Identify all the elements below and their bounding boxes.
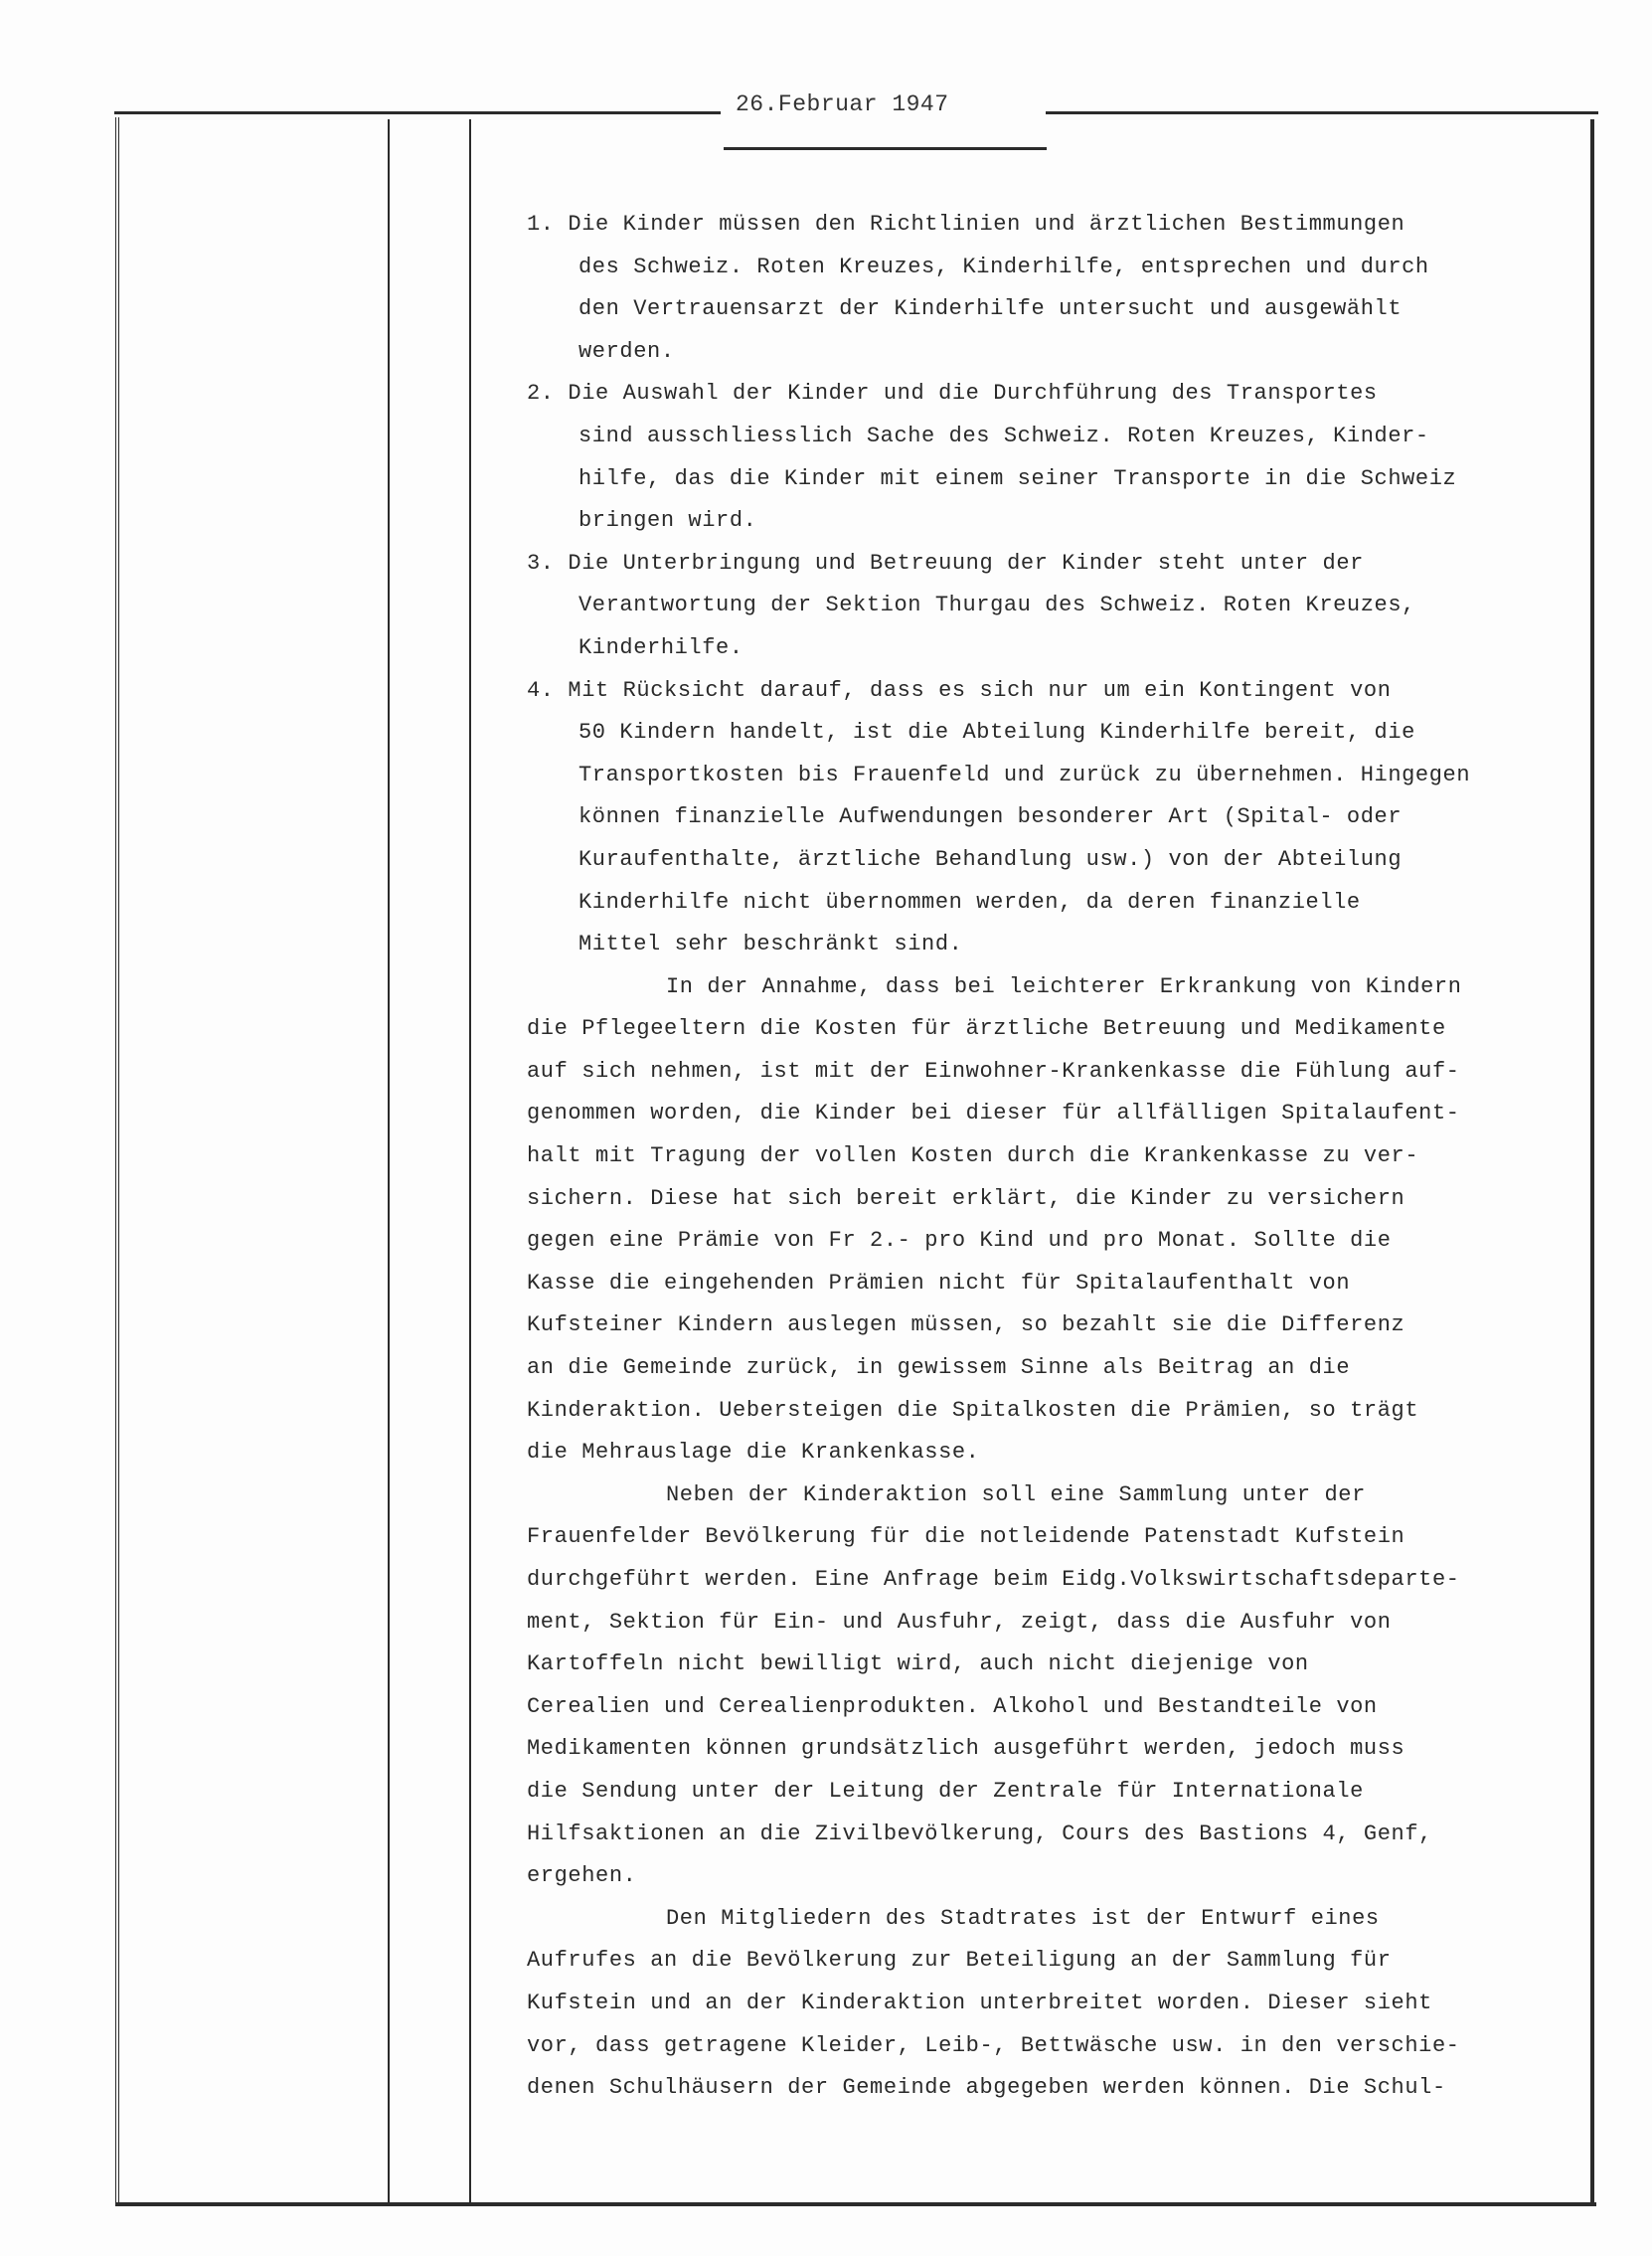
- text-line: 50 Kindern handelt, ist die Abteilung Ki…: [527, 712, 1600, 755]
- text-line: Verantwortung der Sektion Thurgau des Sc…: [527, 585, 1600, 627]
- text-line: Medikamenten können grundsätzlich ausgef…: [527, 1728, 1600, 1771]
- text-line: genommen worden, die Kinder bei dieser f…: [527, 1093, 1600, 1135]
- text-line: gegen eine Prämie von Fr 2.- pro Kind un…: [527, 1220, 1600, 1263]
- document-body: 1. Die Kinder müssen den Richtlinien und…: [527, 204, 1600, 2110]
- text-line: Transportkosten bis Frauenfeld und zurüc…: [527, 755, 1600, 797]
- top-rule-left: [114, 111, 721, 114]
- date-underline: [724, 147, 1047, 150]
- text-line: Neben der Kinderaktion soll eine Sammlun…: [527, 1475, 1600, 1517]
- text-line: Kuraufenthalte, ärztliche Behandlung usw…: [527, 839, 1600, 882]
- text-line: bringen wird.: [527, 500, 1600, 543]
- text-line: die Pflegeeltern die Kosten für ärztlich…: [527, 1008, 1600, 1051]
- numbered-item-3: 3. Die Unterbringung und Betreuung der K…: [527, 543, 1600, 670]
- paragraph-appeal: Den Mitgliedern des Stadtrates ist der E…: [527, 1898, 1600, 2110]
- document-date: 26.Februar 1947: [736, 91, 949, 117]
- numbered-item-2: 2. Die Auswahl der Kinder und die Durchf…: [527, 373, 1600, 542]
- text-line: die Sendung unter der Leitung der Zentra…: [527, 1771, 1600, 1814]
- column-divider-1: [388, 119, 390, 2203]
- text-line: Kufstein und an der Kinderaktion unterbr…: [527, 1983, 1600, 2025]
- text-line: denen Schulhäusern der Gemeinde abgegebe…: [527, 2067, 1600, 2110]
- text-line: des Schweiz. Roten Kreuzes, Kinderhilfe,…: [527, 247, 1600, 289]
- text-line: In der Annahme, dass bei leichterer Erkr…: [527, 966, 1600, 1009]
- text-line: werden.: [527, 331, 1600, 374]
- paragraph-collection: Neben der Kinderaktion soll eine Sammlun…: [527, 1475, 1600, 1898]
- text-line: Aufrufes an die Bevölkerung zur Beteilig…: [527, 1940, 1600, 1983]
- text-line: die Mehrauslage die Krankenkasse.: [527, 1432, 1600, 1475]
- text-line: Cerealien und Cerealienprodukten. Alkoho…: [527, 1686, 1600, 1729]
- top-rule-right: [1046, 111, 1598, 114]
- text-line: sind ausschliesslich Sache des Schweiz. …: [527, 416, 1600, 458]
- paragraph-insurance: In der Annahme, dass bei leichterer Erkr…: [527, 966, 1600, 1475]
- text-line: Hilfsaktionen an die Zivilbevölkerung, C…: [527, 1814, 1600, 1856]
- text-line: ergehen.: [527, 1855, 1600, 1898]
- text-line: halt mit Tragung der vollen Kosten durch…: [527, 1135, 1600, 1178]
- text-line: Kinderhilfe nicht übernommen werden, da …: [527, 882, 1600, 925]
- text-line: durchgeführt werden. Eine Anfrage beim E…: [527, 1559, 1600, 1602]
- text-line: Mittel sehr beschränkt sind.: [527, 924, 1600, 966]
- text-line: auf sich nehmen, ist mit der Einwohner-K…: [527, 1051, 1600, 1094]
- text-line: an die Gemeinde zurück, in gewissem Sinn…: [527, 1347, 1600, 1390]
- text-line: Kartoffeln nicht bewilligt wird, auch ni…: [527, 1644, 1600, 1686]
- bottom-rule: [115, 2202, 1596, 2206]
- text-line: können finanzielle Aufwendungen besonder…: [527, 796, 1600, 839]
- text-line: Kinderhilfe.: [527, 627, 1600, 670]
- text-line: den Vertrauensarzt der Kinderhilfe unter…: [527, 288, 1600, 331]
- text-line: 1. Die Kinder müssen den Richtlinien und…: [527, 204, 1600, 247]
- text-line: 3. Die Unterbringung und Betreuung der K…: [527, 543, 1600, 586]
- numbered-item-4: 4. Mit Rücksicht darauf, dass es sich nu…: [527, 670, 1600, 966]
- text-line: 4. Mit Rücksicht darauf, dass es sich nu…: [527, 670, 1600, 713]
- text-line: ment, Sektion für Ein- und Ausfuhr, zeig…: [527, 1602, 1600, 1645]
- text-line: sichern. Diese hat sich bereit erklärt, …: [527, 1178, 1600, 1221]
- text-line: Den Mitgliedern des Stadtrates ist der E…: [527, 1898, 1600, 1941]
- text-line: 2. Die Auswahl der Kinder und die Durchf…: [527, 373, 1600, 416]
- frame-left-border: [115, 117, 119, 2203]
- text-line: Kinderaktion. Uebersteigen die Spitalkos…: [527, 1390, 1600, 1433]
- text-line: Frauenfelder Bevölkerung für die notleid…: [527, 1516, 1600, 1559]
- column-divider-2: [469, 119, 471, 2203]
- text-line: Kufsteiner Kindern auslegen müssen, so b…: [527, 1304, 1600, 1347]
- text-line: Kasse die eingehenden Prämien nicht für …: [527, 1263, 1600, 1305]
- text-line: hilfe, das die Kinder mit einem seiner T…: [527, 458, 1600, 501]
- text-line: vor, dass getragene Kleider, Leib-, Bett…: [527, 2025, 1600, 2068]
- numbered-item-1: 1. Die Kinder müssen den Richtlinien und…: [527, 204, 1600, 373]
